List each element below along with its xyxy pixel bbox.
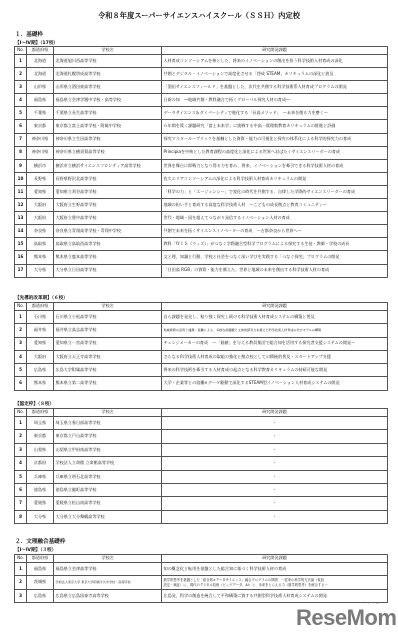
- cell-school: 山梨県立甲府南高等学校: [54, 443, 162, 456]
- cell-pref: 山梨県: [27, 443, 54, 456]
- cell-theme: 地域資源の活用と連携・協働による、多様な価値観と主体的探究力を備えた科学技術人材…: [162, 324, 388, 337]
- cell-no: 5: [15, 470, 27, 483]
- cell-theme-line2: 設定・検証）に、現代のデジタル技術（ビッグデータ、AI）と、未来をとらえる力（数…: [164, 583, 328, 587]
- cell-school: 学校法人立命館 立命館高等学校: [54, 457, 162, 470]
- table-row: 8神奈川県神奈川県立横須賀高等学校Principiaを中核とした教育課程の高度化…: [15, 146, 388, 159]
- cell-theme: 「日田高 RGB」の資質・能力を備えた、世界と地域の未来を創出する科学技術人材の…: [162, 264, 388, 277]
- cell-no: 12: [15, 199, 27, 212]
- cell-theme: 大学・企業等との協働×データ駆動で深化するSTEAM型イノベーション人材育成シス…: [162, 377, 388, 390]
- cell-theme: 佐久エリアコンソーシアムの深化による科学技術人材育成カリキュラムの開発: [162, 172, 388, 185]
- cell-school: 神奈川県立生田高等学校: [54, 133, 162, 146]
- table-row: 8大分県大分県立大分舞鶴高等学校-: [15, 510, 388, 523]
- cell-theme: データサイエンス＆ダイバーシティで進化する「長高メソッド」 ～未来を創る力を磨く…: [162, 107, 388, 120]
- cell-theme: Principiaを中核とした教育課程の高度化と深化による世界へ羽ばたくサイエン…: [162, 146, 388, 159]
- cell-theme: 将来の科学技術を牽引する人材育成の起点となる科学教育カリキュラムの持続可能な開発: [162, 364, 388, 377]
- table-humanities-science: No. 都道府県 学校名 研究開発課題 1福島県福島県立会津高等学校知の概念化と…: [14, 554, 388, 603]
- cell-no: 15: [15, 238, 27, 251]
- cell-school: 長野県野沢北高等学校: [54, 172, 162, 185]
- table-row: 3山形県山形県立酒田東高等学校「酒田サイエンスフィールド」を基盤とした、次代を共…: [15, 81, 388, 94]
- group-label-pioneer: 【先導的改革期】（６校）: [15, 295, 68, 301]
- table-row: 5兵庫県兵庫県立明石北高等学校-: [15, 470, 388, 483]
- cell-pref: 広島県: [27, 364, 54, 377]
- cell-school: 大分県立大分舞鶴高等学校: [54, 510, 162, 523]
- cell-no: 2: [15, 68, 27, 81]
- cell-no: 7: [15, 497, 27, 510]
- cell-no: 16: [15, 251, 27, 264]
- cell-pref: 大阪府: [27, 199, 54, 212]
- table-row: 16熊本県熊本県立鹿本高等学校文と理、知識と行動、学校と社会をつなぐ深い学びを実…: [15, 251, 388, 264]
- cell-theme: 世界を舞台に即戦力となり得る力を育み、将来、イノベーションを牽引できる科学技術人…: [162, 159, 388, 172]
- cell-pref: 大分県: [27, 510, 54, 523]
- cell-no: 3: [15, 443, 27, 456]
- table-row: 6東京都東京都立富士高等学校・附属中学校６年間を貫く課題研究「富士未来学」に挑戦…: [15, 120, 388, 133]
- cell-school: 大阪府立生野高等学校: [54, 199, 162, 212]
- cell-theme: 共創とデジタル・イノベーションで高度化させる「啓成 STEAM」カリキュラムの深…: [162, 68, 388, 81]
- table-row: 4大阪府大阪府立天王寺高等学校さらなる科学技術人材育成の取組の強化と拠点校として…: [15, 350, 388, 363]
- cell-pref: 愛知県: [27, 185, 54, 198]
- cell-pref: 福島県: [27, 94, 54, 107]
- cell-school: 広島大学附属高等学校: [54, 364, 162, 377]
- header-pref: 都道府県: [27, 47, 54, 55]
- cell-pref: 大分県: [27, 264, 54, 277]
- cell-school: 広島県立広島国泰寺高等学校: [54, 589, 162, 602]
- table-row: 9横浜市横浜市立横浜サイエンスフロンティア高等学校世界を舞台に即戦力となり得る力…: [15, 159, 388, 172]
- cell-no: 7: [15, 133, 27, 146]
- table-row: 2東京都東京都立戸山高等学校-: [15, 430, 388, 443]
- cell-theme: -: [162, 417, 388, 430]
- cell-school: 徳島県立脇町高等学校: [54, 483, 162, 496]
- header-no: No.: [15, 47, 27, 55]
- table-row: 12大阪府大阪府立生野高等学校地域の担い手と育成する高度な科学技術人材 ～こども…: [15, 199, 388, 212]
- table-basic-certified: No. 都道府県 学校名 研究開発課題 1埼玉県埼玉県立春日部高等学校- 2東京…: [14, 408, 388, 524]
- table-row: 15鳥取県鳥取県立鳥取西高等学校教科「ＷＩＳ（ウィズ）」がつなぐ学際融合型科学プ…: [15, 238, 388, 251]
- header-school: 学校名: [54, 303, 162, 311]
- table-row: 13大阪府大阪府立豊中高等学校世代・地域・国を超えてつながり発信するイノベーショ…: [15, 212, 388, 225]
- table-row: 1埼玉県埼玉県立春日部高等学校-: [15, 417, 388, 430]
- header-school: 学校名: [54, 555, 162, 563]
- cell-no: 14: [15, 225, 27, 238]
- cell-no: 13: [15, 212, 27, 225]
- header-theme: 研究開発課題: [162, 303, 388, 311]
- cell-theme: 広島発、科学の創造を統合して平和構築に資する共創型科学技術人材育成システムの開発: [162, 589, 388, 602]
- table-row: 5千葉県千葉県立長生高等学校データサイエンス＆ダイバーシティで進化する「長高メソ…: [15, 107, 388, 120]
- cell-theme: -: [162, 497, 388, 510]
- cell-pref: 東京都: [27, 120, 54, 133]
- header-no: No.: [15, 409, 27, 417]
- cell-school: 山形県立酒田東高等学校: [54, 81, 162, 94]
- cell-no: 4: [15, 457, 27, 470]
- cell-theme: 地域の担い手と育成する高度な科学技術人材 ～こどもの成長拠点と教育コミュニティ～: [162, 199, 388, 212]
- header-theme: 研究開発課題: [162, 555, 388, 563]
- cell-pref: 大阪府: [27, 350, 54, 363]
- cell-no: 2: [15, 576, 27, 589]
- table-row: 3広島県広島県立広島国泰寺高等学校広島発、科学の創造を統合して平和構築に資する共…: [15, 589, 388, 602]
- cell-school: 神奈川県立横須賀高等学校: [54, 146, 162, 159]
- group-label-hs-phase1-4: 【Ⅰ～Ⅳ期】（３校）: [15, 547, 56, 553]
- cell-theme: -: [162, 483, 388, 496]
- cell-pref: 兵庫県: [27, 470, 54, 483]
- cell-theme: 日新の知 ―地域共創・教科融合で拓くグローバル探究人材の育成―: [162, 94, 388, 107]
- header-pref: 都道府県: [27, 303, 54, 311]
- cell-school: 兵庫県立明石北高等学校: [54, 470, 162, 483]
- cell-school: 熊本県立鹿本高等学校: [54, 251, 162, 264]
- cell-no: 5: [15, 364, 27, 377]
- cell-no: 3: [15, 81, 27, 94]
- cell-pref: 熊本県: [27, 377, 54, 390]
- cell-school: 東京都立戸山高等学校: [54, 430, 162, 443]
- table-basic-phase1-4: No. 都道府県 学校名 研究開発課題 1北海道北海道旭川西高等学校人材育成コン…: [14, 46, 388, 278]
- cell-school: 奈良県立青翔高等学校・青翔中学校: [54, 225, 162, 238]
- cell-school: 熊本県立第二高等学校: [54, 377, 162, 390]
- cell-pref: 福井県: [27, 324, 54, 337]
- cell-school: 愛知県立刈谷高等学校: [54, 185, 162, 198]
- table-row: 14奈良県奈良県立青翔高等学校・青翔中学校共創で未来を拓くサイエンスイノベーター…: [15, 225, 388, 238]
- cell-theme: 「科学の力」と「エージェンシー」で変化の時代を共創する、自律した学際的サイエンス…: [162, 185, 388, 198]
- table-row: 3山梨県山梨県立甲府南高等学校-: [15, 443, 388, 456]
- table-row: 1北海道北海道旭川西高等学校人材育成コンソーシアムを核とした、将来のイノベーショ…: [15, 55, 388, 68]
- header-school: 学校名: [54, 409, 162, 417]
- group-label-certified: 【認定枠】（８校）: [15, 401, 54, 407]
- cell-pref: 茨城県: [27, 576, 54, 589]
- cell-no: 3: [15, 337, 27, 350]
- cell-theme: 教科「ＷＩＳ（ウィズ）」がつなぐ学際融合型科学プログラムによる探究する生徒・教師…: [162, 238, 388, 251]
- cell-no: 1: [15, 55, 27, 68]
- header-school: 学校名: [54, 47, 162, 55]
- header-no: No.: [15, 555, 27, 563]
- cell-pref: 奈良県: [27, 225, 54, 238]
- cell-no: 1: [15, 311, 27, 324]
- cell-school: 福井県立高志高等学校: [54, 324, 162, 337]
- cell-no: 1: [15, 417, 27, 430]
- table-row: 6徳島県徳島県立脇町高等学校-: [15, 483, 388, 496]
- cell-no: 17: [15, 264, 27, 277]
- table-row: 1福島県福島県立会津高等学校知の概念化と転用を基盤とした総合知に基づく科学技術人…: [15, 563, 388, 576]
- cell-school: 福島県立会津高等学校: [54, 563, 162, 576]
- cell-school: 福島県立会津学鳳中学校・高等学校: [54, 94, 162, 107]
- cell-school: 千葉県立長生高等学校: [54, 107, 162, 120]
- cell-school: 北海道旭川西高等学校: [54, 55, 162, 68]
- cell-theme: 「酒田サイエンスフィールド」を基盤とした、次代を共創する科学技術系人材育成プログ…: [162, 81, 388, 94]
- cell-pref: 千葉県: [27, 107, 54, 120]
- cell-pref: 愛媛県: [27, 497, 54, 510]
- cell-theme: 世代・地域・国を超えてつながり発信するイノベーション人材の育成: [162, 212, 388, 225]
- cell-theme: -: [162, 443, 388, 456]
- cell-pref: 大阪府: [27, 212, 54, 225]
- cell-no: 10: [15, 172, 27, 185]
- cell-pref: 神奈川県: [27, 133, 54, 146]
- header-theme: 研究開発課題: [162, 47, 388, 55]
- cell-school: 埼玉県立春日部高等学校: [54, 417, 162, 430]
- cell-pref: 北海道: [27, 68, 54, 81]
- cell-no: 5: [15, 107, 27, 120]
- cell-theme: -: [162, 510, 388, 523]
- table-row: 17大分県大分県立日田高等学校「日田高 RGB」の資質・能力を備えた、世界と地域…: [15, 264, 388, 277]
- table-row: 2茨城県学校法人東京大学 東京大学附属牛久中学校・高等学校数学的思考を基盤とした…: [15, 576, 388, 589]
- cell-school: 石川県立小松高等学校: [54, 311, 162, 324]
- cell-theme: 文と理、知識と行動、学校と社会をつなぐ深い学びを実践する「つなぐ探究」プログラム…: [162, 251, 388, 264]
- cell-no: 4: [15, 350, 27, 363]
- cell-pref: 徳島県: [27, 483, 54, 496]
- cell-no: 4: [15, 94, 27, 107]
- cell-pref: 神奈川県: [27, 146, 54, 159]
- cell-school: 大分県立日田高等学校: [54, 264, 162, 277]
- table-row: 4京都府学校法人立命館 立命館高等学校-: [15, 457, 388, 470]
- cell-school: 愛媛県立松山南高等学校: [54, 497, 162, 510]
- resemom-logo: ReseMom: [296, 605, 396, 631]
- header-theme: 研究開発課題: [162, 409, 388, 417]
- table-row: 7神奈川県神奈川県立生田高等学校探究マスタールーブリックを基軸とした資質・能力の…: [15, 133, 388, 146]
- cell-theme: 人材育成コンソーシアムを核とした、将来のイノベーションの創出を担う科学技術人材育…: [162, 55, 388, 68]
- cell-school: 北海道札幌啓成高等学校: [54, 68, 162, 81]
- cell-pref: 愛知県: [27, 337, 54, 350]
- cell-pref: 埼玉県: [27, 417, 54, 430]
- cell-pref: 熊本県: [27, 251, 54, 264]
- cell-theme: 数学的思考を基盤とした「総合知×データサイエンス」融合プログラムの開発 ～従来の…: [162, 576, 388, 589]
- cell-no: 2: [15, 324, 27, 337]
- cell-no: 3: [15, 589, 27, 602]
- cell-theme: -: [162, 470, 388, 483]
- header-pref: 都道府県: [27, 409, 54, 417]
- table-row: 11愛知県愛知県立刈谷高等学校「科学の力」と「エージェンシー」で変化の時代を共創…: [15, 185, 388, 198]
- cell-pref: 横浜市: [27, 159, 54, 172]
- document-page: 令和８年度スーパーサイエンスハイスクール（ＳＳＨ）内定校 １．基礎枠 【Ⅰ～Ⅳ期…: [0, 0, 398, 640]
- cell-theme: チェンジメーカーの育成 ～「価値」を与える教員集団で総合知を活用する探究者支援シ…: [162, 337, 388, 350]
- table-row: 6熊本県熊本県立第二高等学校大学・企業等との協働×データ駆動で深化するSTEAM…: [15, 377, 388, 390]
- cell-pref: 長野県: [27, 172, 54, 185]
- section-title-basic: １．基礎枠: [15, 30, 43, 38]
- cell-school: 愛知県立一宮高等学校: [54, 337, 162, 350]
- cell-theme: さらなる科学技術人材育成の取組の強化と拠点校としての積極的普及・スタートアップ支…: [162, 350, 388, 363]
- cell-theme: 知の概念化と転用を基盤とした総合知に基づく科学技術人材の育成: [162, 563, 388, 576]
- table-basic-pioneer: No. 都道府県 学校名 研究開発課題 1石川県石川県立小松高等学校自ら課題を発…: [14, 302, 388, 391]
- cell-school: 大阪府立天王寺高等学校: [54, 350, 162, 363]
- cell-school: 鳥取県立鳥取西高等学校: [54, 238, 162, 251]
- cell-no: 2: [15, 430, 27, 443]
- cell-theme: -: [162, 430, 388, 443]
- cell-theme: 共創で未来を拓くサイエンスイノベーターの育成 ～古都奈良から世界へ～: [162, 225, 388, 238]
- cell-theme: 自ら課題を発見し、粘り強く探究し続ける科学技術人材育成システムの構築と普及: [162, 311, 388, 324]
- cell-pref: 山形県: [27, 81, 54, 94]
- cell-pref: 京都府: [27, 457, 54, 470]
- cell-no: 8: [15, 510, 27, 523]
- cell-school: 大阪府立豊中高等学校: [54, 212, 162, 225]
- cell-theme: 探究マスタールーブリックを基軸とした資質・能力の可視化と探究の体系化による科学的…: [162, 133, 388, 146]
- cell-pref: 東京都: [27, 430, 54, 443]
- cell-pref: 北海道: [27, 55, 54, 68]
- header-pref: 都道府県: [27, 555, 54, 563]
- cell-no: 11: [15, 185, 27, 198]
- cell-pref: 鳥取県: [27, 238, 54, 251]
- cell-no: 6: [15, 483, 27, 496]
- table-row: 2北海道北海道札幌啓成高等学校共創とデジタル・イノベーションで高度化させる「啓成…: [15, 68, 388, 81]
- cell-no: 6: [15, 120, 27, 133]
- table-row: 7愛媛県愛媛県立松山南高等学校-: [15, 497, 388, 510]
- cell-school: 学校法人東京大学 東京大学附属牛久中学校・高等学校: [54, 576, 162, 589]
- table-row: 1石川県石川県立小松高等学校自ら課題を発見し、粘り強く探究し続ける科学技術人材育…: [15, 311, 388, 324]
- cell-theme: -: [162, 457, 388, 470]
- cell-school: 東京都立富士高等学校・附属中学校: [54, 120, 162, 133]
- cell-pref: 福島県: [27, 563, 54, 576]
- document-title: 令和８年度スーパーサイエンスハイスクール（ＳＳＨ）内定校: [0, 11, 398, 21]
- cell-no: 9: [15, 159, 27, 172]
- cell-pref: 石川県: [27, 311, 54, 324]
- cell-no: 8: [15, 146, 27, 159]
- table-row: 2福井県福井県立高志高等学校地域資源の活用と連携・協働による、多様な価値観と主体…: [15, 324, 388, 337]
- cell-school: 横浜市立横浜サイエンスフロンティア高等学校: [54, 159, 162, 172]
- cell-theme: ６年間を貫く課題研究「富士未来学」に挑戦する中高一貫理数教育カリキュラムの推進と…: [162, 120, 388, 133]
- table-row: 4福島県福島県立会津学鳳中学校・高等学校日新の知 ―地域共創・教科融合で拓くグロ…: [15, 94, 388, 107]
- section-title-humanities-science: ２．文理融合基礎枠: [15, 537, 65, 545]
- cell-no: 6: [15, 377, 27, 390]
- table-row: 10長野県長野県野沢北高等学校佐久エリアコンソーシアムの深化による科学技術人材育…: [15, 172, 388, 185]
- header-no: No.: [15, 303, 27, 311]
- cell-no: 1: [15, 563, 27, 576]
- table-row: 5広島県広島大学附属高等学校将来の科学技術を牽引する人材育成の起点となる科学教育…: [15, 364, 388, 377]
- table-row: 3愛知県愛知県立一宮高等学校チェンジメーカーの育成 ～「価値」を与える教員集団で…: [15, 337, 388, 350]
- cell-pref: 広島県: [27, 589, 54, 602]
